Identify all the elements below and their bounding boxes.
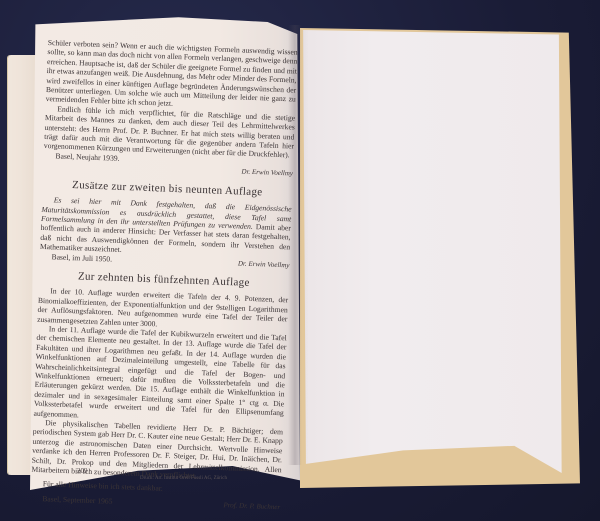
printer-imprint: Druck: Art. Institut Orell Füssli AG, Zü… bbox=[140, 476, 227, 481]
signature-place: Basel, September 1965 bbox=[30, 494, 113, 507]
signature-name: Dr. Erwin Voellmy bbox=[241, 168, 293, 179]
paragraph: Schüler verboten sein? Wenn er auch die … bbox=[45, 38, 297, 113]
page-number: 209 bbox=[77, 467, 88, 475]
signature-name: Prof. Dr. P. Buchner bbox=[223, 501, 280, 513]
signature-name: Dr. Erwin Voellmy bbox=[238, 259, 290, 270]
paragraph: Die physikalischen Tabellen revidierte H… bbox=[31, 418, 283, 484]
paragraph: In der 11. Auflage wurde die Tafel der K… bbox=[33, 324, 286, 428]
open-book: Schüler verboten sein? Wenn er auch die … bbox=[0, 0, 600, 521]
paragraph: Es sei hier mit Dank festgehalten, daß d… bbox=[40, 195, 292, 261]
right-page-blank bbox=[292, 30, 570, 482]
left-page-text: Schüler verboten sein? Wenn er auch die … bbox=[30, 38, 298, 513]
signature-place: Basel, im Juli 1950. bbox=[39, 251, 112, 263]
